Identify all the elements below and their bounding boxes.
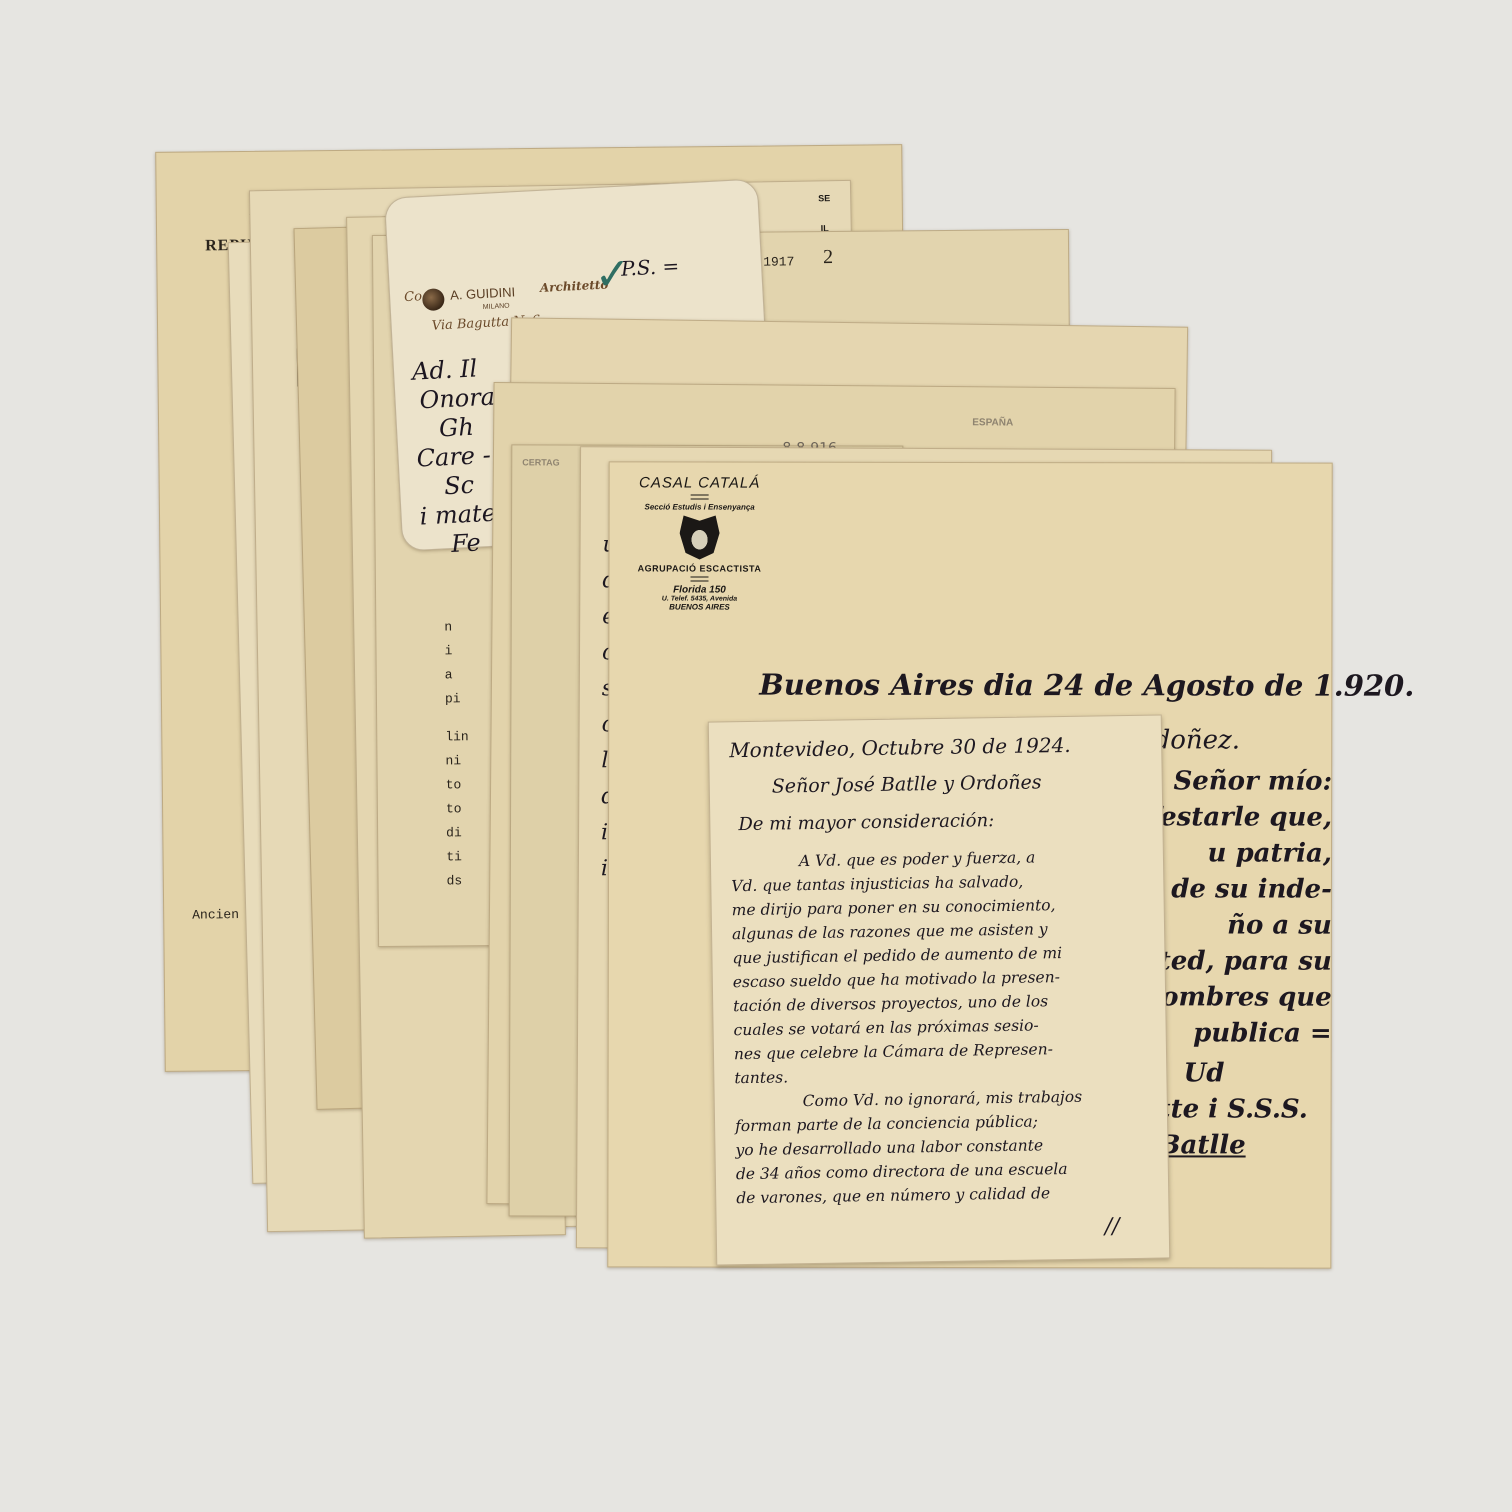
letterhead-group: AGRUPACIÓ ESCACTISTA xyxy=(630,563,770,573)
coat-of-arms-icon xyxy=(680,515,720,559)
continuation-mark: // xyxy=(1105,1214,1120,1239)
typed-year: 1917 xyxy=(763,254,794,269)
typed-column: n i a pi lin ni to to di ti ds xyxy=(444,615,470,893)
letterhead-section: Secció Estudis i Ensenyança xyxy=(630,502,770,511)
letter-salutation: Señor José Batlle y Ordoñes xyxy=(772,771,1042,797)
card-city: MILANO xyxy=(483,303,510,311)
signature: Batlle xyxy=(1158,1127,1307,1163)
page-number: 2 xyxy=(823,246,833,269)
typed-fragment: Ancien xyxy=(192,907,239,922)
card-name: A. GUIDINI xyxy=(450,284,516,302)
card-prefix: Co xyxy=(404,289,423,305)
montevideo-letter-1924: Montevideo, Octubre 30 de 1924. Señor Jo… xyxy=(708,714,1170,1265)
letter-1924-body: A Vd. que es poder y fuerza, a Vd. que t… xyxy=(731,845,1084,1210)
letter-1920-closing: Ud tte i S.S.S. Batlle xyxy=(1158,1055,1307,1163)
heading-fragment-se: SE xyxy=(818,193,830,203)
card-handwriting: Ad. Il Onora Gh Care - Sc i mate Fe xyxy=(411,354,503,561)
letterhead-name: CASAL CATALÁ xyxy=(630,474,770,491)
letter-dateline-1924: Montevideo, Octubre 30 de 1924. xyxy=(729,733,1071,762)
letter-greeting: De mi mayor consideración: xyxy=(738,810,994,835)
letterhead-street: Florida 150 xyxy=(629,584,769,595)
letter-dateline-1920: Buenos Aires dia 24 de Agosto de 1.920. xyxy=(759,668,1414,703)
letterhead-city: BUENOS AIRES xyxy=(629,602,769,611)
casal-catala-letterhead: CASAL CATALÁ Secció Estudis i Ensenyança… xyxy=(629,474,769,611)
ps-note: P.S. = xyxy=(620,254,679,281)
espana-stamp: ESPAÑA xyxy=(972,417,1013,428)
brass-pin xyxy=(422,288,445,311)
faded-stamp: CERTAG xyxy=(522,457,559,467)
letter-1920-right-text: Señor mío: ifestarle que, u patria, de s… xyxy=(1139,763,1332,1051)
